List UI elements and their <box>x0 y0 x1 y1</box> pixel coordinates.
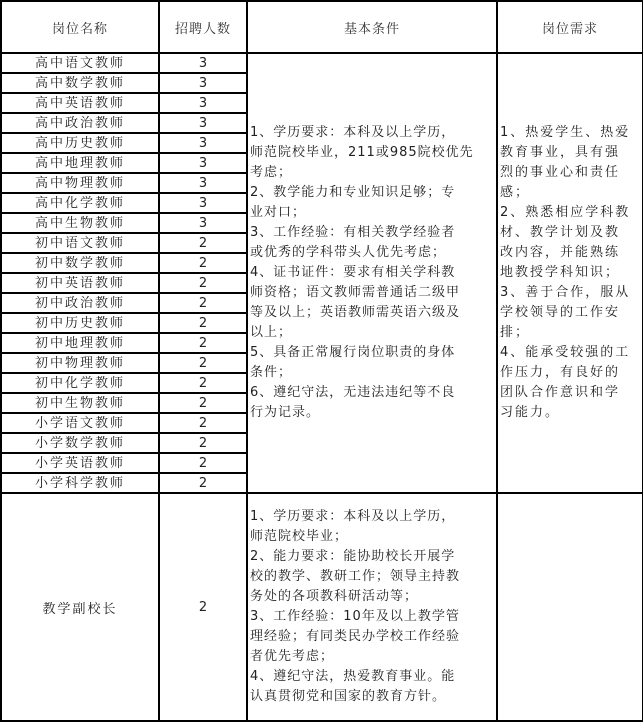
requirement-line: 习能力。 <box>500 403 639 423</box>
position-count: 3 <box>159 153 247 173</box>
header-row: 岗位名称 招聘人数 基本条件 岗位需求 <box>1 1 643 53</box>
header-position-name: 岗位名称 <box>1 1 159 53</box>
requirement-line: 4、能承受较强的工 <box>500 343 639 363</box>
position-count: 2 <box>159 393 247 413</box>
position-name: 初中英语教师 <box>1 273 159 293</box>
requirement-line: 团队合作意识和学 <box>500 383 639 403</box>
position-count: 3 <box>159 173 247 193</box>
requirement-line: 改内容，并能熟练 <box>500 243 639 263</box>
requirement-line: 地教授学科知识； <box>500 263 639 283</box>
position-name: 初中地理教师 <box>1 333 159 353</box>
condition-line: 业对口； <box>250 203 493 223</box>
header-conditions: 基本条件 <box>247 1 497 53</box>
position-count: 2 <box>159 493 247 721</box>
condition-line: 5、具备正常履行岗位职责的身体 <box>250 343 493 363</box>
position-name: 初中历史教师 <box>1 313 159 333</box>
position-count: 3 <box>159 133 247 153</box>
position-name: 初中物理教师 <box>1 353 159 373</box>
position-name: 高中政治教师 <box>1 113 159 133</box>
position-name: 高中数学教师 <box>1 73 159 93</box>
table-row: 高中语文教师31、学历要求：本科及以上学历，师范院校毕业，211或985院校优先… <box>1 53 643 73</box>
requirement-line: 作压力，有良好的 <box>500 363 639 383</box>
header-count: 招聘人数 <box>159 1 247 53</box>
position-name: 教学副校长 <box>1 493 159 721</box>
position-count: 3 <box>159 93 247 113</box>
condition-line: 行为记录。 <box>250 403 493 423</box>
position-count: 3 <box>159 193 247 213</box>
position-name: 小学数学教师 <box>1 433 159 453</box>
requirement-line: 排； <box>500 323 639 343</box>
position-name: 高中历史教师 <box>1 133 159 153</box>
condition-line: 理经验；有同类民办学校工作经验 <box>250 627 493 647</box>
teacher-conditions: 1、学历要求：本科及以上学历，师范院校毕业，211或985院校优先考虑；2、教学… <box>247 53 497 493</box>
position-count: 3 <box>159 73 247 93</box>
requirement-line: 感； <box>500 183 639 203</box>
requirement-line: 烈的事业心和责任 <box>500 163 639 183</box>
condition-line: 条件； <box>250 363 493 383</box>
condition-line: 认真贯彻党和国家的教育方针。 <box>250 687 493 707</box>
position-count: 2 <box>159 253 247 273</box>
position-name: 高中语文教师 <box>1 53 159 73</box>
condition-line: 3、工作经验：10年及以上教学管 <box>250 607 493 627</box>
recruitment-table: 岗位名称 招聘人数 基本条件 岗位需求 高中语文教师31、学历要求：本科及以上学… <box>0 0 643 722</box>
position-count: 2 <box>159 293 247 313</box>
table-row-vice-principal: 教学副校长21、学历要求：本科及以上学历，师范院校毕业；2、能力要求：能协助校长… <box>1 493 643 721</box>
requirement-line: 3、善于合作，服从 <box>500 283 639 303</box>
position-count: 2 <box>159 273 247 293</box>
condition-line: 1、学历要求：本科及以上学历， <box>250 507 493 527</box>
condition-line: 校的教学、教研工作；领导主持教 <box>250 567 493 587</box>
position-count: 3 <box>159 53 247 73</box>
condition-line: 4、证书证件：要求有相关学科教 <box>250 263 493 283</box>
requirement-line: 学校领导的工作安 <box>500 303 639 323</box>
position-name: 初中数学教师 <box>1 253 159 273</box>
condition-line: 师范院校毕业，211或985院校优先 <box>250 143 493 163</box>
position-count: 2 <box>159 433 247 453</box>
position-count: 2 <box>159 453 247 473</box>
condition-line: 4、遵纪守法，热爱教育事业。能 <box>250 667 493 687</box>
position-name: 初中生物教师 <box>1 393 159 413</box>
position-name: 初中化学教师 <box>1 373 159 393</box>
position-name: 高中地理教师 <box>1 153 159 173</box>
condition-line: 6、遵纪守法，无违法违纪等不良 <box>250 383 493 403</box>
position-name: 高中生物教师 <box>1 213 159 233</box>
position-name: 高中英语教师 <box>1 93 159 113</box>
position-name: 高中化学教师 <box>1 193 159 213</box>
condition-line: 师资格；语文教师需普通话二级甲 <box>250 283 493 303</box>
position-name: 小学科学教师 <box>1 473 159 493</box>
condition-line: 考虑； <box>250 163 493 183</box>
position-count: 3 <box>159 113 247 133</box>
position-name: 高中物理教师 <box>1 173 159 193</box>
position-count: 2 <box>159 233 247 253</box>
teacher-requirements: 1、热爱学生、热爱教育事业，具有强烈的事业心和责任感；2、熟悉相应学科教材、教学… <box>497 53 643 493</box>
vice-principal-requirements <box>497 493 643 721</box>
position-count: 2 <box>159 353 247 373</box>
condition-line: 以上； <box>250 323 493 343</box>
condition-line: 务处的各项教科研活动等； <box>250 587 493 607</box>
requirement-line: 1、热爱学生、热爱 <box>500 123 639 143</box>
position-count: 2 <box>159 333 247 353</box>
header-requirements: 岗位需求 <box>497 1 643 53</box>
condition-line: 者优先考虑； <box>250 647 493 667</box>
condition-line: 2、能力要求：能协助校长开展学 <box>250 547 493 567</box>
position-count: 2 <box>159 373 247 393</box>
position-count: 3 <box>159 213 247 233</box>
position-name: 小学英语教师 <box>1 453 159 473</box>
condition-line: 等及以上；英语教师需英语六级及 <box>250 303 493 323</box>
requirement-line: 材、教学计划及教 <box>500 223 639 243</box>
position-count: 2 <box>159 413 247 433</box>
position-name: 初中政治教师 <box>1 293 159 313</box>
table-body: 高中语文教师31、学历要求：本科及以上学历，师范院校毕业，211或985院校优先… <box>1 53 643 721</box>
position-name: 小学语文教师 <box>1 413 159 433</box>
requirement-line: 2、熟悉相应学科教 <box>500 203 639 223</box>
position-count: 2 <box>159 473 247 493</box>
condition-line: 师范院校毕业； <box>250 527 493 547</box>
requirement-line: 教育事业，具有强 <box>500 143 639 163</box>
condition-line: 1、学历要求：本科及以上学历， <box>250 123 493 143</box>
vice-principal-conditions: 1、学历要求：本科及以上学历，师范院校毕业；2、能力要求：能协助校长开展学校的教… <box>247 493 497 721</box>
condition-line: 3、工作经验：有相关教学经验者 <box>250 223 493 243</box>
position-name: 初中语文教师 <box>1 233 159 253</box>
condition-line: 2、教学能力和专业知识足够；专 <box>250 183 493 203</box>
condition-line: 或优秀的学科带头人优先考虑； <box>250 243 493 263</box>
position-count: 2 <box>159 313 247 333</box>
